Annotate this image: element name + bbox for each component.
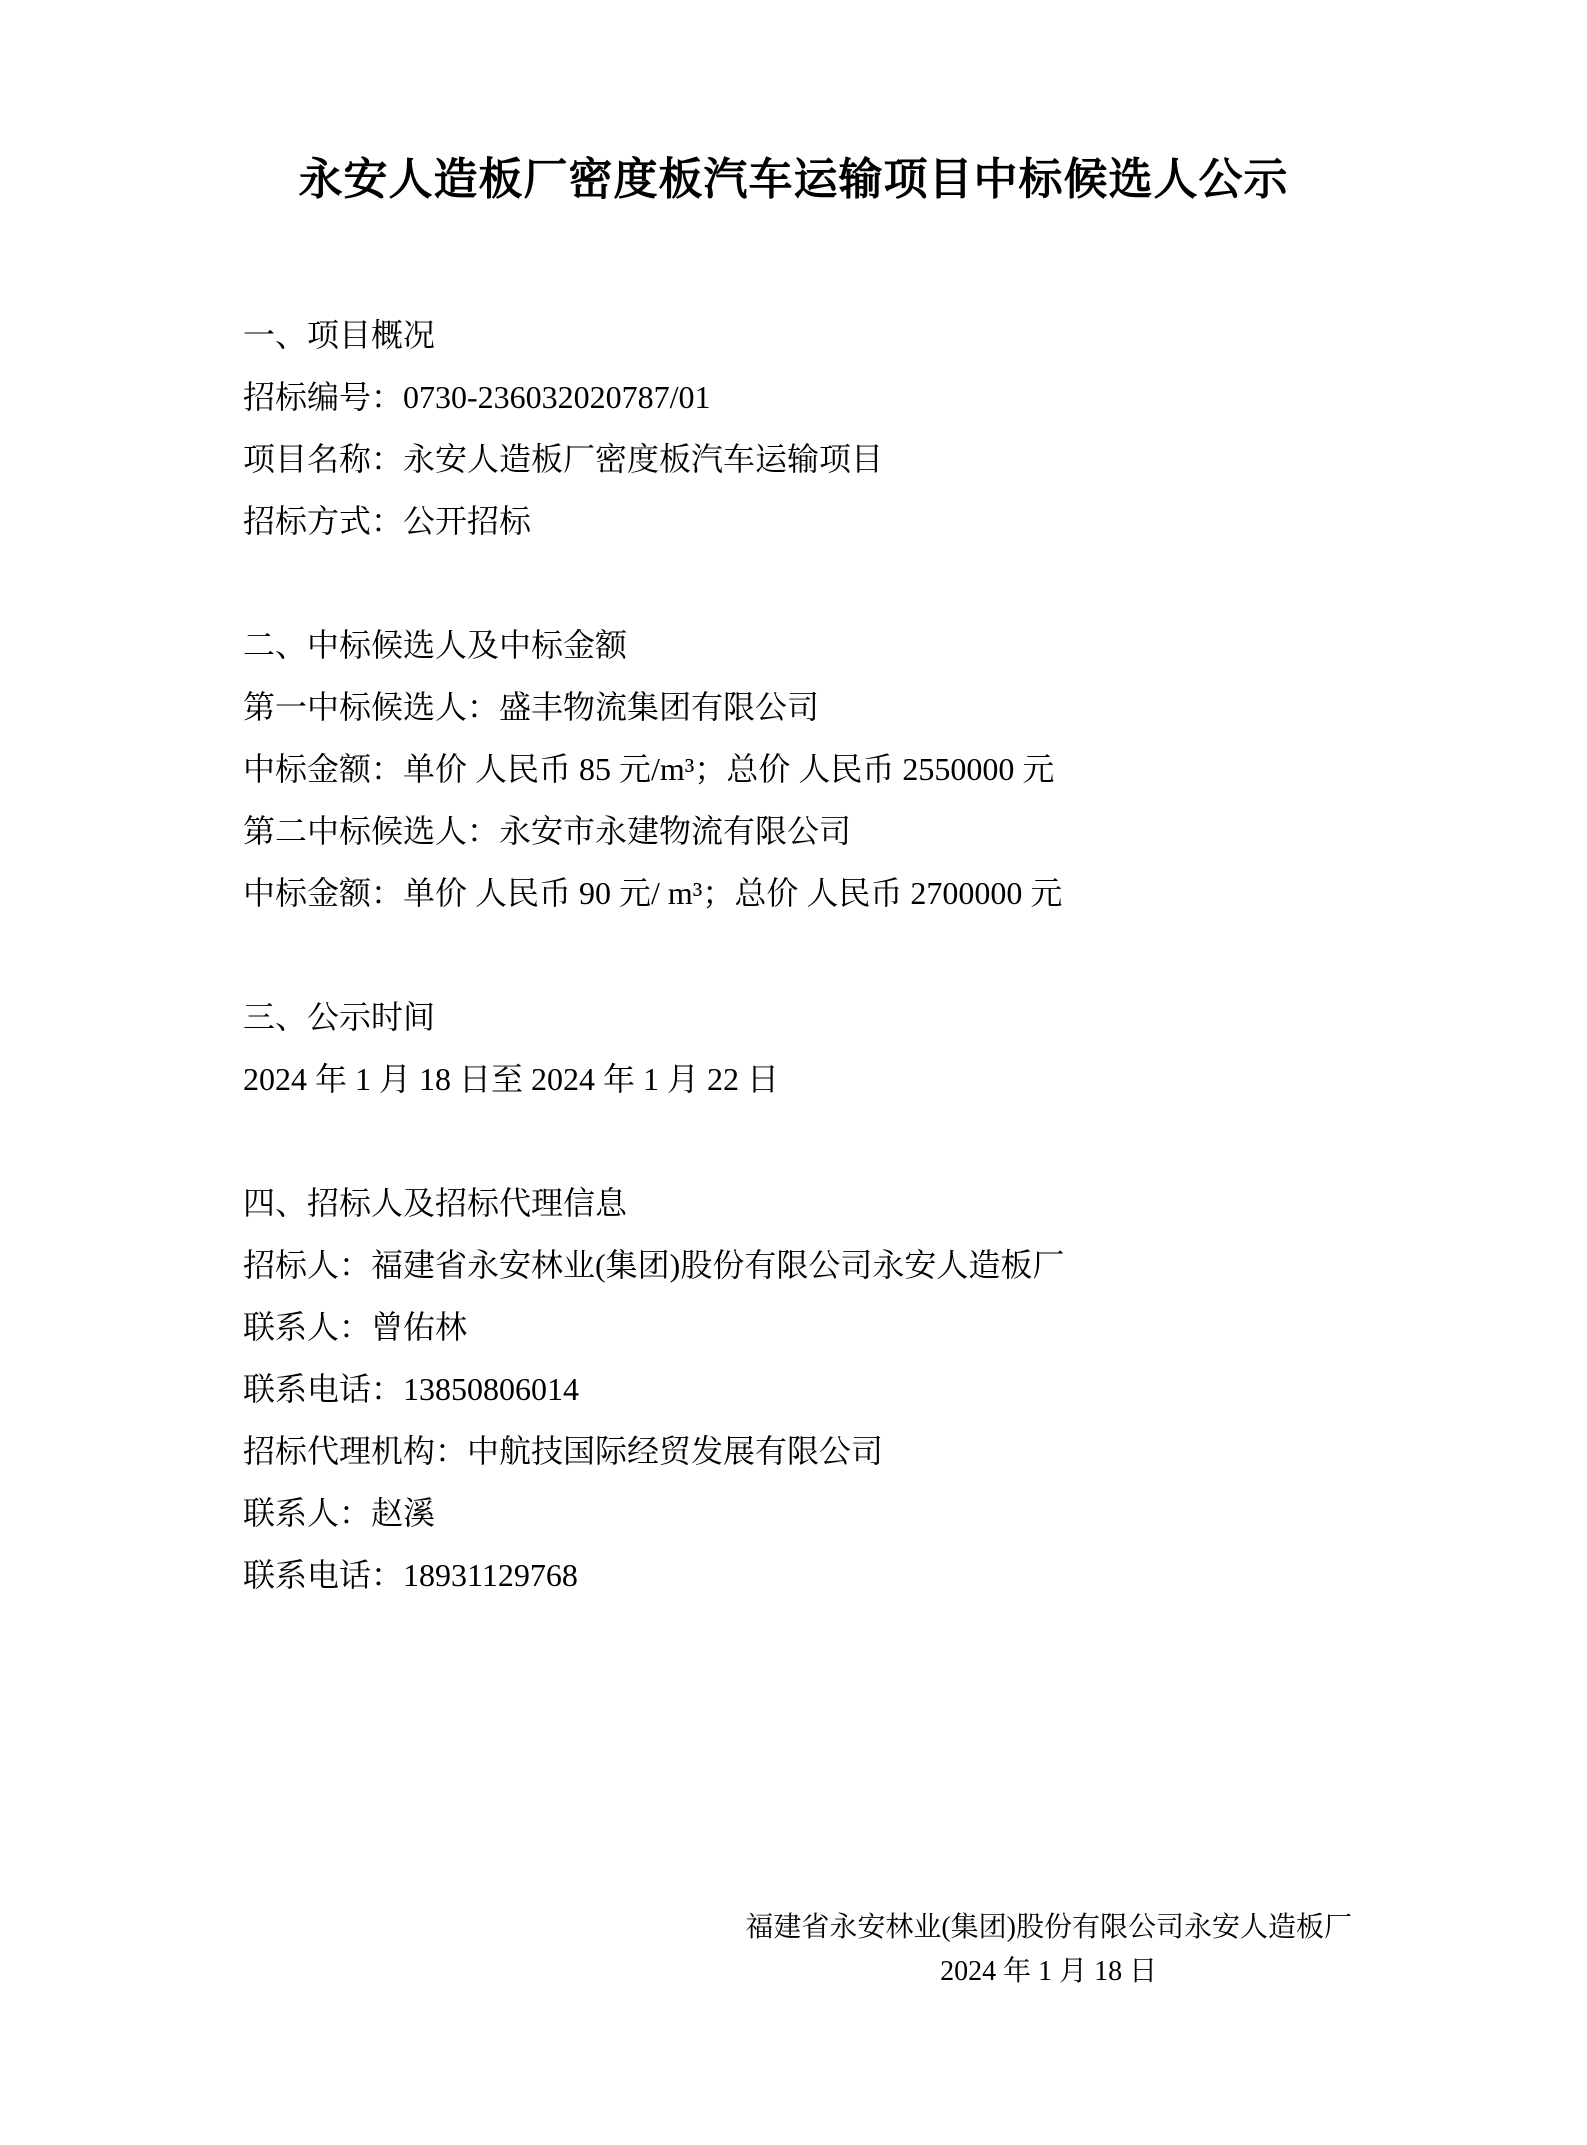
section-contacts-heading: 四、招标人及招标代理信息 xyxy=(243,1172,1423,1234)
signature-org: 福建省永安林业(集团)股份有限公司永安人造板厂 xyxy=(745,1906,1352,1950)
section-gap xyxy=(243,1110,1423,1172)
agency-contact-phone-line: 联系电话：18931129768 xyxy=(243,1544,1423,1606)
bid-number-line: 招标编号：0730-236032020787/01 xyxy=(243,366,1423,428)
publicity-period-line: 2024 年 1 月 18 日至 2024 年 1 月 22 日 xyxy=(243,1048,1423,1110)
signature-date: 2024 年 1 月 18 日 xyxy=(745,1950,1352,1994)
signature-block: 福建省永安林业(集团)股份有限公司永安人造板厂 2024 年 1 月 18 日 xyxy=(745,1906,1352,1994)
agency-line: 招标代理机构：中航技国际经贸发展有限公司 xyxy=(243,1420,1423,1482)
project-name-line: 项目名称：永安人造板厂密度板汽车运输项目 xyxy=(243,428,1423,490)
bid-method-line: 招标方式：公开招标 xyxy=(243,490,1423,552)
document-body: 一、项目概况 招标编号：0730-236032020787/01 项目名称：永安… xyxy=(243,304,1423,1606)
agency-contact-person-line: 联系人：赵溪 xyxy=(243,1482,1423,1544)
section-publicity-heading: 三、公示时间 xyxy=(243,986,1423,1048)
first-candidate-amount-line: 中标金额：单价 人民币 85 元/m³；总价 人民币 2550000 元 xyxy=(243,738,1423,800)
tenderer-contact-person-line: 联系人：曾佑林 xyxy=(243,1296,1423,1358)
section-overview-heading: 一、项目概况 xyxy=(243,304,1423,366)
section-gap xyxy=(243,924,1423,986)
section-gap xyxy=(243,552,1423,614)
tenderer-contact-phone-line: 联系电话：13850806014 xyxy=(243,1358,1423,1420)
second-candidate-line: 第二中标候选人：永安市永建物流有限公司 xyxy=(243,800,1423,862)
tenderer-line: 招标人：福建省永安林业(集团)股份有限公司永安人造板厂 xyxy=(243,1234,1423,1296)
section-candidates-heading: 二、中标候选人及中标金额 xyxy=(243,614,1423,676)
second-candidate-amount-line: 中标金额：单价 人民币 90 元/ m³；总价 人民币 2700000 元 xyxy=(243,862,1423,924)
first-candidate-line: 第一中标候选人：盛丰物流集团有限公司 xyxy=(243,676,1423,738)
page-title: 永安人造板厂密度板汽车运输项目中标候选人公示 xyxy=(0,152,1587,208)
notice-page: 永安人造板厂密度板汽车运输项目中标候选人公示 一、项目概况 招标编号：0730-… xyxy=(0,0,1587,2145)
